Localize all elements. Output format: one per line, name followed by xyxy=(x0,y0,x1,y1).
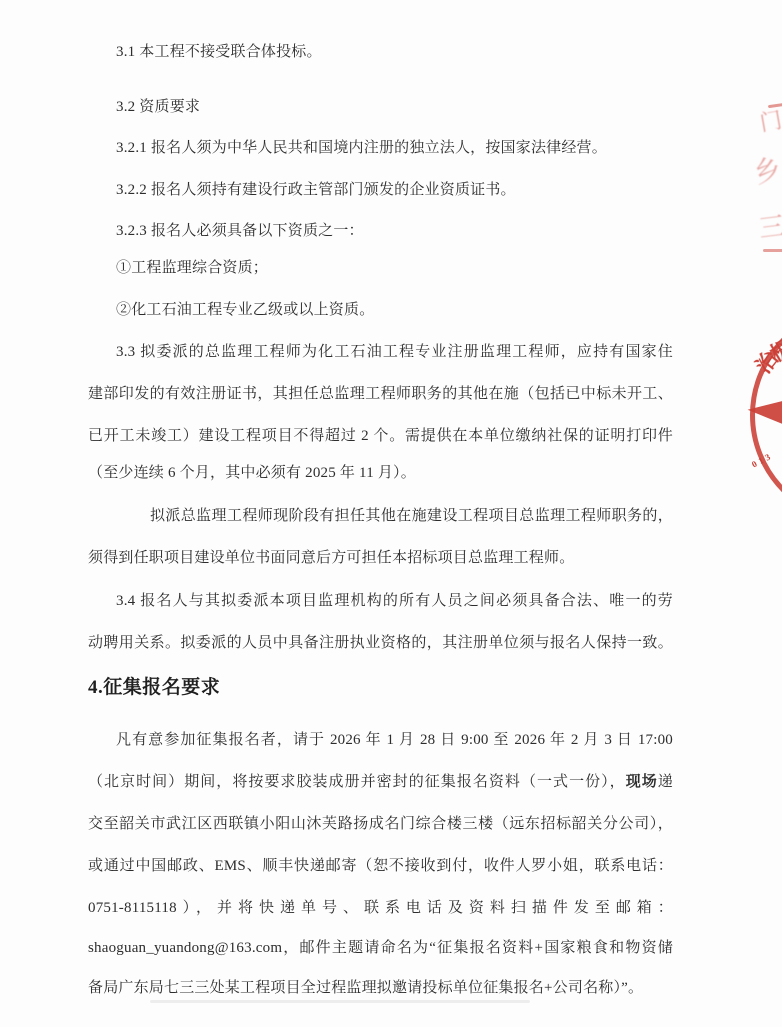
line-text: 3.3 拟委派的总监理工程师为化工石油工程专业注册监理工程师，应持有国家住 xyxy=(116,344,673,360)
text-line: 或通过中国邮政、EMS、顺丰快递邮寄（恕不接收到付，收件人罗小姐，联系电话： xyxy=(88,855,673,877)
official-seal-text-icon: 治 xyxy=(753,348,782,377)
line-text: 递 xyxy=(658,774,673,790)
text-line: 交至韶关市武江区西联镇小阳山沐芙路扬成名门综合楼三楼（远东招标韶关分公司）， xyxy=(88,813,673,835)
text-line: ①工程监理综合资质； xyxy=(88,257,673,279)
text-line: 凡有意参加征集报名者，请于 2026 年 1 月 28 日 9:00 至 202… xyxy=(88,729,673,751)
text-line: 建部印发的有效注册证书，其担任总监理工程师职务的其他在施（包括已中标未开工、 xyxy=(88,383,673,405)
line-text: 3.1 本工程不接受联合体投标。 xyxy=(116,44,322,60)
stamp-fragment-glyph-icon: 门 xyxy=(758,109,782,134)
stamp-fragment-glyph-icon: 三 xyxy=(758,214,782,243)
line-text: 动聘用关系。拟委派的人员中具备注册执业资格的，其注册单位须与报名人保持一致。 xyxy=(88,635,673,651)
text-line: 备局广东局七三三处某工程项目全过程监理拟邀请投标单位征集报名+公司名称）”。 xyxy=(88,977,673,999)
text-line: 3.2 资质要求 xyxy=(88,96,673,118)
text-line: 须得到任职项目建设单位书面同意后方可担任本招标项目总监理工程师。 xyxy=(88,547,673,569)
line-text: 建部印发的有效注册证书，其担任总监理工程师职务的其他在施（包括已中标未开工、 xyxy=(88,386,673,402)
line-text: shaoguan_yuandong@163.com，邮件主题请命名为“征集报名资… xyxy=(88,940,673,956)
text-line: 3.2.3 报名人必须具备以下资质之一： xyxy=(88,220,673,242)
text-line: ②化工石油工程专业乙级或以上资质。 xyxy=(88,299,673,321)
text-line: 动聘用关系。拟委派的人员中具备注册执业资格的，其注册单位须与报名人保持一致。 xyxy=(88,632,673,654)
line-text: 3.2 资质要求 xyxy=(116,99,200,115)
line-text: 备局广东局七三三处某工程项目全过程监理拟邀请投标单位征集报名+公司名称）”。 xyxy=(88,980,643,996)
official-seal-star-icon xyxy=(729,306,782,524)
text-line: 拟派总监理工程师现阶段有担任其他在施建设工程项目总监理工程师职务的， xyxy=(88,505,673,527)
line-text-bold: 现场 xyxy=(626,774,658,790)
line-text: 拟派总监理工程师现阶段有担任其他在施建设工程项目总监理工程师职务的， xyxy=(150,508,673,524)
line-text: ①工程监理综合资质； xyxy=(116,260,268,276)
line-text: ②化工石油工程专业乙级或以上资质。 xyxy=(116,302,374,318)
line-text: 3.4 报名人与其拟委派本项目监理机构的所有人员之间必须具备合法、唯一的劳 xyxy=(116,593,673,609)
line-text: 或通过中国邮政、EMS、顺丰快递邮寄（恕不接收到付，收件人罗小姐，联系电话： xyxy=(88,858,673,874)
text-line: 3.2.1 报名人须为中华人民共和国境内注册的独立法人，按国家法律经营。 xyxy=(88,137,673,159)
line-text: 交至韶关市武江区西联镇小阳山沐芙路扬成名门综合楼三楼（远东招标韶关分公司）， xyxy=(88,816,673,832)
official-seal-circle-icon xyxy=(750,306,782,524)
stamp-fragment-dash-icon xyxy=(768,103,782,108)
scan-artifact xyxy=(150,1000,530,1003)
section-heading: 4.征集报名要求 xyxy=(88,672,220,699)
text-line: shaoguan_yuandong@163.com，邮件主题请命名为“征集报名资… xyxy=(88,937,673,959)
text-line: 3.2.2 报名人须持有建设行政主管部门颁发的企业资质证书。 xyxy=(88,179,673,201)
line-text: 已开工未竣工）建设工程项目不得超过 2 个。需提供在本单位缴纳社保的证明打印件 xyxy=(88,428,673,444)
text-line: 3.4 报名人与其拟委派本项目监理机构的所有人员之间必须具备合法、唯一的劳 xyxy=(88,590,673,612)
text-line: 3.3 拟委派的总监理工程师为化工石油工程专业注册监理工程师，应持有国家住 xyxy=(88,341,673,363)
scanned-document-page: 3.1 本工程不接受联合体投标。 3.2 资质要求 3.2.1 报名人须为中华人… xyxy=(0,0,782,1027)
text-line: （至少连续 6 个月，其中必须有 2025 年 11 月）。 xyxy=(88,462,673,484)
line-text: （北京时间）期间，将按要求胶装成册并密封的征集报名资料（一式一份）， xyxy=(88,774,626,790)
line-text: （至少连续 6 个月，其中必须有 2025 年 11 月）。 xyxy=(88,465,416,481)
text-line: （北京时间）期间，将按要求胶装成册并密封的征集报名资料（一式一份），现场递 xyxy=(88,771,673,793)
text-line: 0751-8115118），并将快递单号、联系电话及资料扫描件发至邮箱： xyxy=(88,897,673,919)
official-seal-digits-icon: 013 xyxy=(750,450,775,469)
line-text: 凡有意参加征集报名者，请于 2026 年 1 月 28 日 9:00 至 202… xyxy=(116,732,673,748)
line-text: 3.2.3 报名人必须具备以下资质之一： xyxy=(116,223,364,239)
official-seal-text-icon: 枬 xyxy=(767,337,782,366)
stamp-fragment-dash-icon xyxy=(763,249,782,252)
line-text: 0751-8115118），并将快递单号、联系电话及资料扫描件发至邮箱： xyxy=(88,900,673,916)
text-line: 3.1 本工程不接受联合体投标。 xyxy=(88,41,673,63)
line-text: 3.2.2 报名人须持有建设行政主管部门颁发的企业资质证书。 xyxy=(116,182,516,198)
line-text: 3.2.1 报名人须为中华人民共和国境内注册的独立法人，按国家法律经营。 xyxy=(116,140,607,156)
text-line: 已开工未竣工）建设工程项目不得超过 2 个。需提供在本单位缴纳社保的证明打印件 xyxy=(88,425,673,447)
stamp-fragment-glyph-icon: 乡 xyxy=(751,155,782,188)
line-text: 须得到任职项目建设单位书面同意后方可担任本招标项目总监理工程师。 xyxy=(88,550,574,566)
